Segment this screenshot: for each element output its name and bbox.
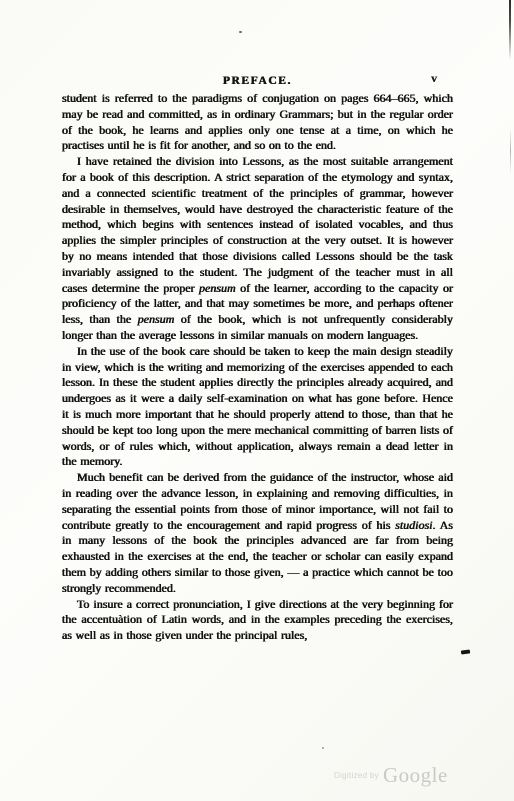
page-title: PREFACE. bbox=[223, 75, 292, 87]
digitized-by-label: Digitized by bbox=[334, 771, 379, 780]
italic-term: studiosi bbox=[395, 518, 432, 532]
page-number: v bbox=[431, 71, 437, 86]
paragraph: To insure a correct pronunciation, I giv… bbox=[62, 597, 453, 644]
text-segment: student is referred to the paradigms of … bbox=[62, 91, 453, 152]
scan-artifact-dash bbox=[461, 649, 470, 654]
text-segment: To insure a correct pronunciation, I giv… bbox=[62, 597, 453, 643]
paragraph: student is referred to the paradigms of … bbox=[62, 91, 453, 154]
scanned-book-page: PREFACE. v student is referred to the pa… bbox=[0, 0, 514, 801]
scan-artifact-edge-line bbox=[510, 128, 512, 174]
google-watermark: Digitized by Google bbox=[334, 763, 448, 788]
scan-artifact-speck bbox=[239, 31, 242, 33]
preface-body-text: student is referred to the paradigms of … bbox=[62, 91, 453, 644]
scan-artifact-speck bbox=[322, 747, 324, 749]
text-segment: I have retained the division into Lesson… bbox=[62, 154, 453, 294]
paragraph: Much benefit can be derived from the gui… bbox=[62, 470, 453, 596]
italic-term: pensum bbox=[199, 281, 236, 295]
paragraph: I have retained the division into Lesson… bbox=[62, 154, 453, 344]
google-logo: Google bbox=[383, 763, 448, 787]
running-header: PREFACE. v bbox=[62, 71, 453, 89]
italic-term: pensum bbox=[138, 312, 175, 326]
text-segment: In the use of the book care should be ta… bbox=[62, 344, 453, 469]
scan-artifact-edge-line bbox=[509, 0, 511, 60]
paragraph: In the use of the book care should be ta… bbox=[62, 344, 453, 470]
